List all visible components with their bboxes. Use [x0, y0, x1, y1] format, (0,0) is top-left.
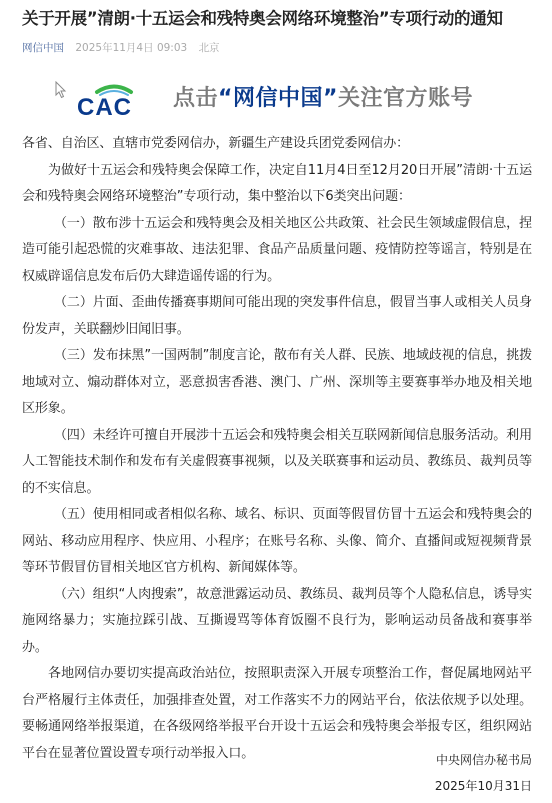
- publish-location: 北京: [199, 42, 220, 54]
- publish-datetime: 2025年11月4日 09:03: [75, 42, 187, 54]
- article-body: 各省、自治区、直辖市党委网信办，新疆生产建设兵团党委网信办： 为做好十五运会和残…: [22, 131, 532, 767]
- signoff-date: 2025年10月31日: [435, 777, 532, 794]
- article-title: 关于开展”清朗·十五运会和残特奥会网络环境整治”专项行动的通知: [22, 8, 542, 30]
- intro-paragraph: 为做好十五运会和残特奥会保障工作，决定自11月4日至12月20日开展”清朗·十五…: [22, 158, 532, 211]
- salutation: 各省、自治区、直辖市党委网信办，新疆生产建设兵团党委网信办：: [22, 131, 532, 158]
- item-1: （一）散布涉十五运会和残特奥会及相关地区公共政策、社会民生领域虚假信息，捏造可能…: [22, 211, 532, 291]
- mouse-cursor-icon: [55, 81, 67, 99]
- item-4: （四）未经许可擅自开展涉十五运会和残特奥会相关互联网新闻信息服务活动。利用人工智…: [22, 423, 532, 503]
- item-3: （三）发布抹黑”一国两制”制度言论，散布有关人群、民族、地域歧视的信息，挑拨地域…: [22, 343, 532, 423]
- follow-account-banner[interactable]: CAC 点击“网信中国”关注官方账号: [55, 78, 495, 120]
- item-5: （五）使用相同或者相似名称、域名、标识、页面等假冒仿冒十五运会和残特奥会的网站、…: [22, 502, 532, 582]
- svg-text:CAC: CAC: [77, 94, 132, 118]
- source-link[interactable]: 网信中国: [22, 42, 64, 54]
- item-6: （六）组织“人肉搜索”，故意泄露运动员、教练员、裁判员等个人隐私信息，诱导实施网…: [22, 582, 532, 662]
- banner-text: 点击“网信中国”关注官方账号: [173, 84, 473, 114]
- banner-highlight: “网信中国”: [218, 86, 338, 111]
- article-meta: 网信中国 2025年11月4日 09:03 北京: [22, 41, 220, 55]
- banner-suffix: 关注官方账号: [338, 86, 473, 111]
- banner-prefix: 点击: [173, 86, 218, 111]
- cac-logo-icon: CAC: [77, 82, 151, 118]
- item-2: （二）片面、歪曲传播赛事期间可能出现的突发事件信息，假冒当事人或相关人员身份发声…: [22, 290, 532, 343]
- signoff-organization: 中央网信办秘书局: [436, 751, 532, 768]
